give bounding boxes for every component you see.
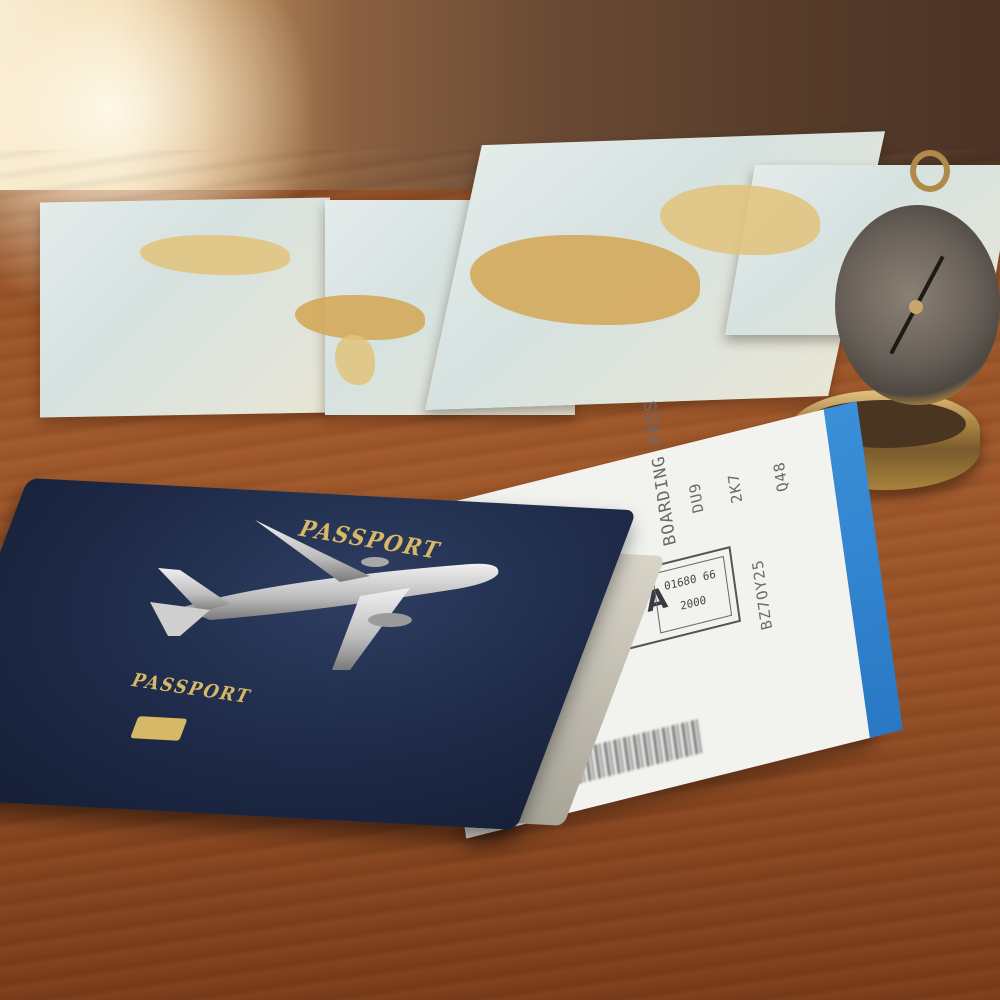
compass-pin [909, 300, 923, 314]
ticket-field: 2K7 [724, 471, 746, 505]
visa-code: 2000 [657, 588, 729, 618]
visa-details: 01680 66 2000 [652, 556, 732, 634]
ticket-field: Q48 [770, 459, 792, 493]
map-panel-left [40, 197, 330, 417]
ticket-field: BZ7OY25 [749, 557, 776, 631]
ticket-field: DU9 [686, 481, 708, 515]
model-airplane [150, 520, 510, 680]
passport-chip-icon [130, 716, 187, 741]
compass-ring [910, 150, 950, 192]
